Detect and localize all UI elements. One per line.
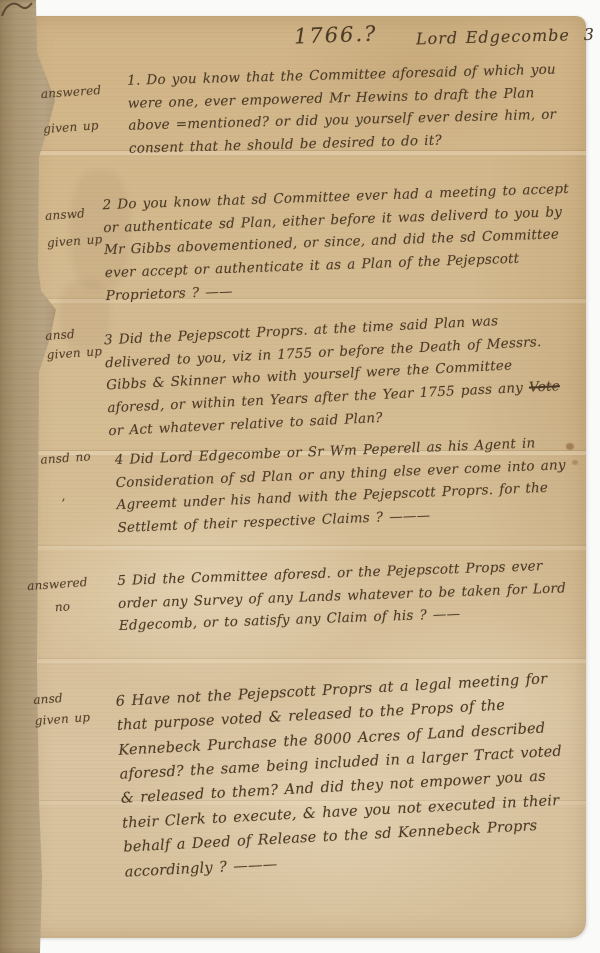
margin-annotation-3: ansd given up (45, 324, 103, 363)
annotation-line: ansd (45, 324, 102, 345)
question-5-text: 5 Did the Committee aforesd. or the Peje… (117, 558, 566, 634)
question-4: 4 Did Lord Edgecombe or Sr Wm Peperell a… (114, 431, 573, 540)
question-6: 6 Have not the Pejepscott Proprs at a le… (115, 666, 575, 884)
question-1-text: 1. Do you know that the Committee afores… (127, 62, 556, 157)
question-3-text-before: 3 Did the Pejepscott Proprs. at the time… (104, 313, 542, 416)
question-3-struck-word: Vote (529, 378, 561, 395)
page-title: Lord Edgecombe3 (416, 22, 596, 54)
annotation-line: answered (40, 82, 102, 103)
margin-annotation-6: ansd given up (33, 688, 91, 729)
question-3: 3 Did the Pejepscott Proprs. at the time… (104, 307, 573, 443)
margin-annotation-5: answered no (27, 574, 90, 618)
page-number: 3 (584, 25, 596, 44)
annotation-line: ’ (61, 493, 94, 512)
annotation-line: ansd (33, 688, 90, 709)
margin-annotation-1: answered given up (40, 82, 104, 138)
question-6-text: 6 Have not the Pejepscott Proprs at a le… (115, 671, 562, 880)
ink-stain (572, 460, 578, 465)
year-heading: 1766.? (293, 17, 378, 55)
question-2-text: 2 Do you know that sd Committee ever had… (102, 181, 569, 304)
question-2: 2 Do you know that sd Committee ever had… (102, 178, 574, 308)
annotation-line: ansd no (40, 448, 91, 468)
page-title-text: Lord Edgecombe (416, 25, 570, 48)
annotation-line: no (54, 597, 90, 616)
annotation-line: answd (45, 204, 102, 225)
question-4-text: 4 Did Lord Edgecombe or Sr Wm Peperell a… (114, 435, 565, 536)
margin-annotation-2: answd given up (45, 204, 103, 251)
question-1: 1. Do you know that the Committee afores… (127, 58, 571, 160)
margin-annotation-4: ansd no ’ (40, 448, 95, 513)
corner-ink-mark (0, 0, 34, 22)
annotation-line: answered (27, 574, 89, 595)
